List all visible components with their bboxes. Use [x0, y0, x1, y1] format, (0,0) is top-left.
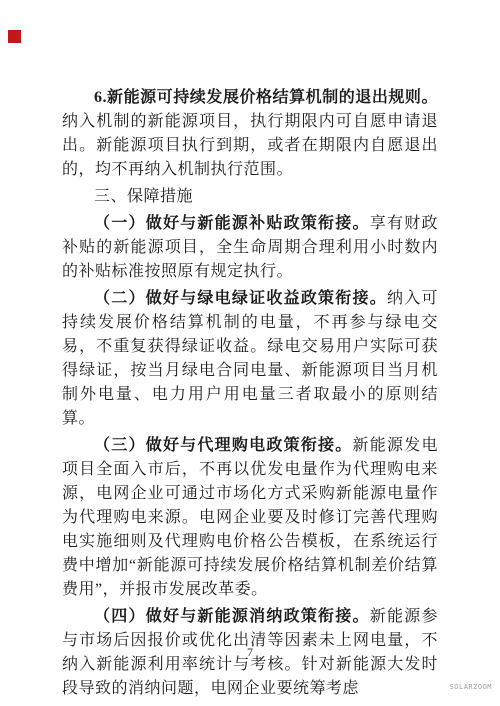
paragraph: （二）做好与绿电绿证收益政策衔接。纳入可持续发展价格结算机制的电量，不再参与绿电… — [62, 287, 438, 431]
paragraph-text: 新能源发电项目全面入市后，不再以优发电量作为代理购电来源，电网企业可通过市场化方… — [62, 437, 438, 598]
paragraph-lead: 6.新能源可持续发展价格结算机制的退出规则。 — [94, 89, 438, 106]
document-content: 6.新能源可持续发展价格结算机制的退出规则。纳入机制的新能源项目，执行期限内可自… — [62, 0, 438, 704]
paragraph: （一）做好与新能源补贴政策衔接。享有财政补贴的新能源项目，全生命周期合理利用小时… — [62, 212, 438, 284]
red-square-icon — [8, 30, 21, 43]
paragraph-text: 纳入可持续发展价格结算机制的电量，不再参与绿电交易，不重复获得绿证收益。绿电交易… — [62, 290, 438, 427]
page-number: 7 — [0, 645, 500, 660]
paragraph-lead: （二）做好与绿电绿证收益政策衔接。 — [94, 290, 387, 307]
paragraph-lead: （四）做好与新能源消纳政策衔接。 — [94, 608, 370, 625]
paragraph-lead: （三）做好与代理购电政策衔接。 — [94, 437, 353, 454]
paragraph-text: 纳入机制的新能源项目，执行期限内可自愿申请退出。新能源项目执行到期，或者在期限内… — [62, 113, 438, 178]
paragraph: （三）做好与代理购电政策衔接。新能源发电项目全面入市后，不再以优发电量作为代理购… — [62, 434, 438, 602]
paragraph: 6.新能源可持续发展价格结算机制的退出规则。纳入机制的新能源项目，执行期限内可自… — [62, 86, 438, 182]
document-page: 6.新能源可持续发展价格结算机制的退出规则。纳入机制的新能源项目，执行期限内可自… — [0, 0, 500, 706]
paragraph-lead: （一）做好与新能源补贴政策衔接。 — [94, 215, 370, 232]
watermark: SOLARZOOM — [450, 683, 492, 691]
section-heading: 三、保障措施 — [62, 185, 438, 209]
